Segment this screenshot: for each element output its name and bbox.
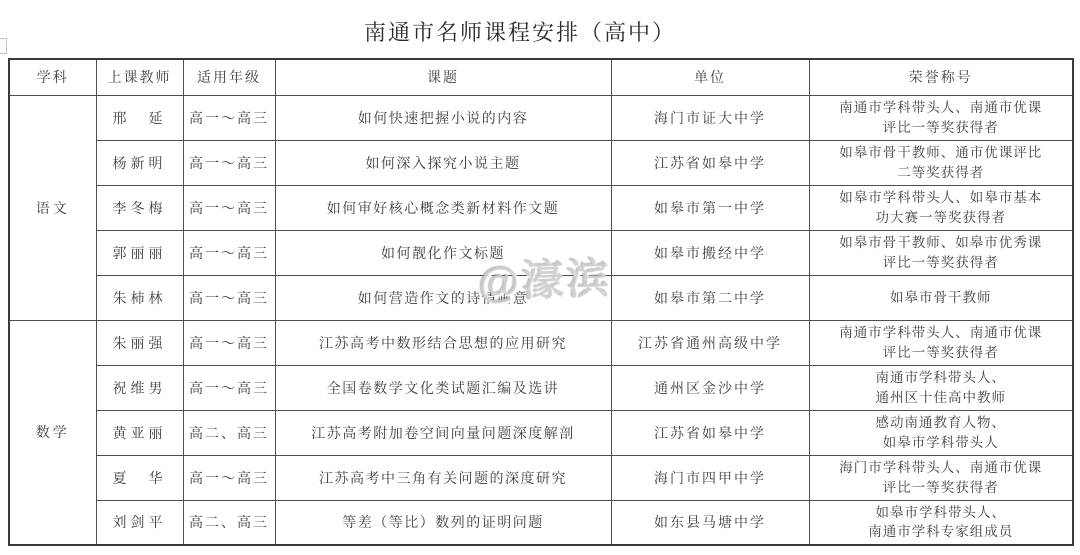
col-header-subject: 学科: [9, 59, 96, 95]
unit-cell: 海门市四甲中学: [611, 455, 809, 500]
table-row: 杨新明 高一～高三 如何深入探究小说主题 江苏省如皋中学 如皋市骨干教师、通市优…: [9, 140, 1073, 185]
honor-cell: 南通市学科带头人、南通市优课 评比一等奖获得者: [809, 320, 1073, 365]
teacher-cell: 郭丽丽: [96, 230, 183, 275]
grade-cell: 高一～高三: [183, 95, 275, 140]
topic-cell: 等差（等比）数列的证明问题: [275, 500, 611, 545]
col-header-teacher: 上课教师: [96, 59, 183, 95]
unit-cell: 通州区金沙中学: [611, 365, 809, 410]
unit-cell: 江苏省如皋中学: [611, 410, 809, 455]
table-row: 刘剑平 高二、高三 等差（等比）数列的证明问题 如东县马塘中学 如皋市学科带头人…: [9, 500, 1073, 545]
table-row: 语文 邢 延 高一～高三 如何快速把握小说的内容 海门市证大中学 南通市学科带头…: [9, 95, 1073, 140]
honor-cell: 如皋市学科带头人、如皋市基本 功大赛一等奖获得者: [809, 185, 1073, 230]
teacher-cell: 朱丽强: [96, 320, 183, 365]
topic-cell: 全国卷数学文化类试题汇编及选讲: [275, 365, 611, 410]
teacher-cell: 杨新明: [96, 140, 183, 185]
unit-cell: 如东县马塘中学: [611, 500, 809, 545]
unit-cell: 如皋市搬经中学: [611, 230, 809, 275]
col-header-honor: 荣誉称号: [809, 59, 1073, 95]
table-row: 黄亚丽 高二、高三 江苏高考附加卷空间向量问题深度解剖 江苏省如皋中学 感动南通…: [9, 410, 1073, 455]
topic-cell: 如何靓化作文标题: [275, 230, 611, 275]
teacher-cell: 黄亚丽: [96, 410, 183, 455]
grade-cell: 高一～高三: [183, 455, 275, 500]
table-row: 李冬梅 高一～高三 如何审好核心概念类新材料作文题 如皋市第一中学 如皋市学科带…: [9, 185, 1073, 230]
col-header-unit: 单位: [611, 59, 809, 95]
col-header-topic: 课题: [275, 59, 611, 95]
table-row: 夏 华 高一～高三 江苏高考中三角有关问题的深度研究 海门市四甲中学 海门市学科…: [9, 455, 1073, 500]
grade-cell: 高二、高三: [183, 410, 275, 455]
honor-cell: 感动南通教育人物、 如皋市学科带头人: [809, 410, 1073, 455]
topic-cell: 如何快速把握小说的内容: [275, 95, 611, 140]
table-row: 祝维男 高一～高三 全国卷数学文化类试题汇编及选讲 通州区金沙中学 南通市学科带…: [9, 365, 1073, 410]
col-header-grade: 适用年级: [183, 59, 275, 95]
table-header-row: 学科 上课教师 适用年级 课题 单位 荣誉称号: [9, 59, 1073, 95]
topic-cell: 江苏高考附加卷空间向量问题深度解剖: [275, 410, 611, 455]
grade-cell: 高一～高三: [183, 185, 275, 230]
teacher-cell: 邢 延: [96, 95, 183, 140]
grade-cell: 高二、高三: [183, 500, 275, 545]
grade-cell: 高一～高三: [183, 230, 275, 275]
topic-cell: 如何营造作文的诗情画意: [275, 275, 611, 320]
unit-cell: 如皋市第二中学: [611, 275, 809, 320]
table-row: 郭丽丽 高一～高三 如何靓化作文标题 如皋市搬经中学 如皋市骨干教师、如皋市优秀…: [9, 230, 1073, 275]
grade-cell: 高一～高三: [183, 320, 275, 365]
teacher-cell: 李冬梅: [96, 185, 183, 230]
honor-cell: 南通市学科带头人、 通州区十佳高中教师: [809, 365, 1073, 410]
table-row: 朱柿林 高一～高三 如何营造作文的诗情画意 如皋市第二中学 如皋市骨干教师: [9, 275, 1073, 320]
teacher-cell: 祝维男: [96, 365, 183, 410]
course-schedule-table: 学科 上课教师 适用年级 课题 单位 荣誉称号 语文 邢 延 高一～高三 如何快…: [8, 58, 1074, 546]
unit-cell: 江苏省通州高级中学: [611, 320, 809, 365]
document-page: 南通市名师课程安排（高中） 学科 上课教师 适用年级 课题 单位 荣誉称号 语文…: [0, 0, 1080, 555]
topic-cell: 如何深入探究小说主题: [275, 140, 611, 185]
subject-cell-math: 数学: [9, 320, 96, 545]
teacher-cell: 朱柿林: [96, 275, 183, 320]
topic-cell: 如何审好核心概念类新材料作文题: [275, 185, 611, 230]
unit-cell: 海门市证大中学: [611, 95, 809, 140]
table-row: 数学 朱丽强 高一～高三 江苏高考中数形结合思想的应用研究 江苏省通州高级中学 …: [9, 320, 1073, 365]
grade-cell: 高一～高三: [183, 140, 275, 185]
page-title: 南通市名师课程安排（高中）: [0, 16, 1040, 47]
grade-cell: 高一～高三: [183, 275, 275, 320]
topic-cell: 江苏高考中三角有关问题的深度研究: [275, 455, 611, 500]
honor-cell: 南通市学科带头人、南通市优课 评比一等奖获得者: [809, 95, 1073, 140]
grade-cell: 高一～高三: [183, 365, 275, 410]
topic-cell: 江苏高考中数形结合思想的应用研究: [275, 320, 611, 365]
honor-cell: 如皋市骨干教师、通市优课评比 二等奖获得者: [809, 140, 1073, 185]
honor-cell: 海门市学科带头人、南通市优课 评比一等奖获得者: [809, 455, 1073, 500]
teacher-cell: 刘剑平: [96, 500, 183, 545]
honor-cell: 如皋市骨干教师: [809, 275, 1073, 320]
honor-cell: 如皋市骨干教师、如皋市优秀课 评比一等奖获得者: [809, 230, 1073, 275]
teacher-cell: 夏 华: [96, 455, 183, 500]
unit-cell: 如皋市第一中学: [611, 185, 809, 230]
honor-cell: 如皋市学科带头人、 南通市学科专家组成员: [809, 500, 1073, 545]
subject-cell-chinese: 语文: [9, 95, 96, 320]
unit-cell: 江苏省如皋中学: [611, 140, 809, 185]
